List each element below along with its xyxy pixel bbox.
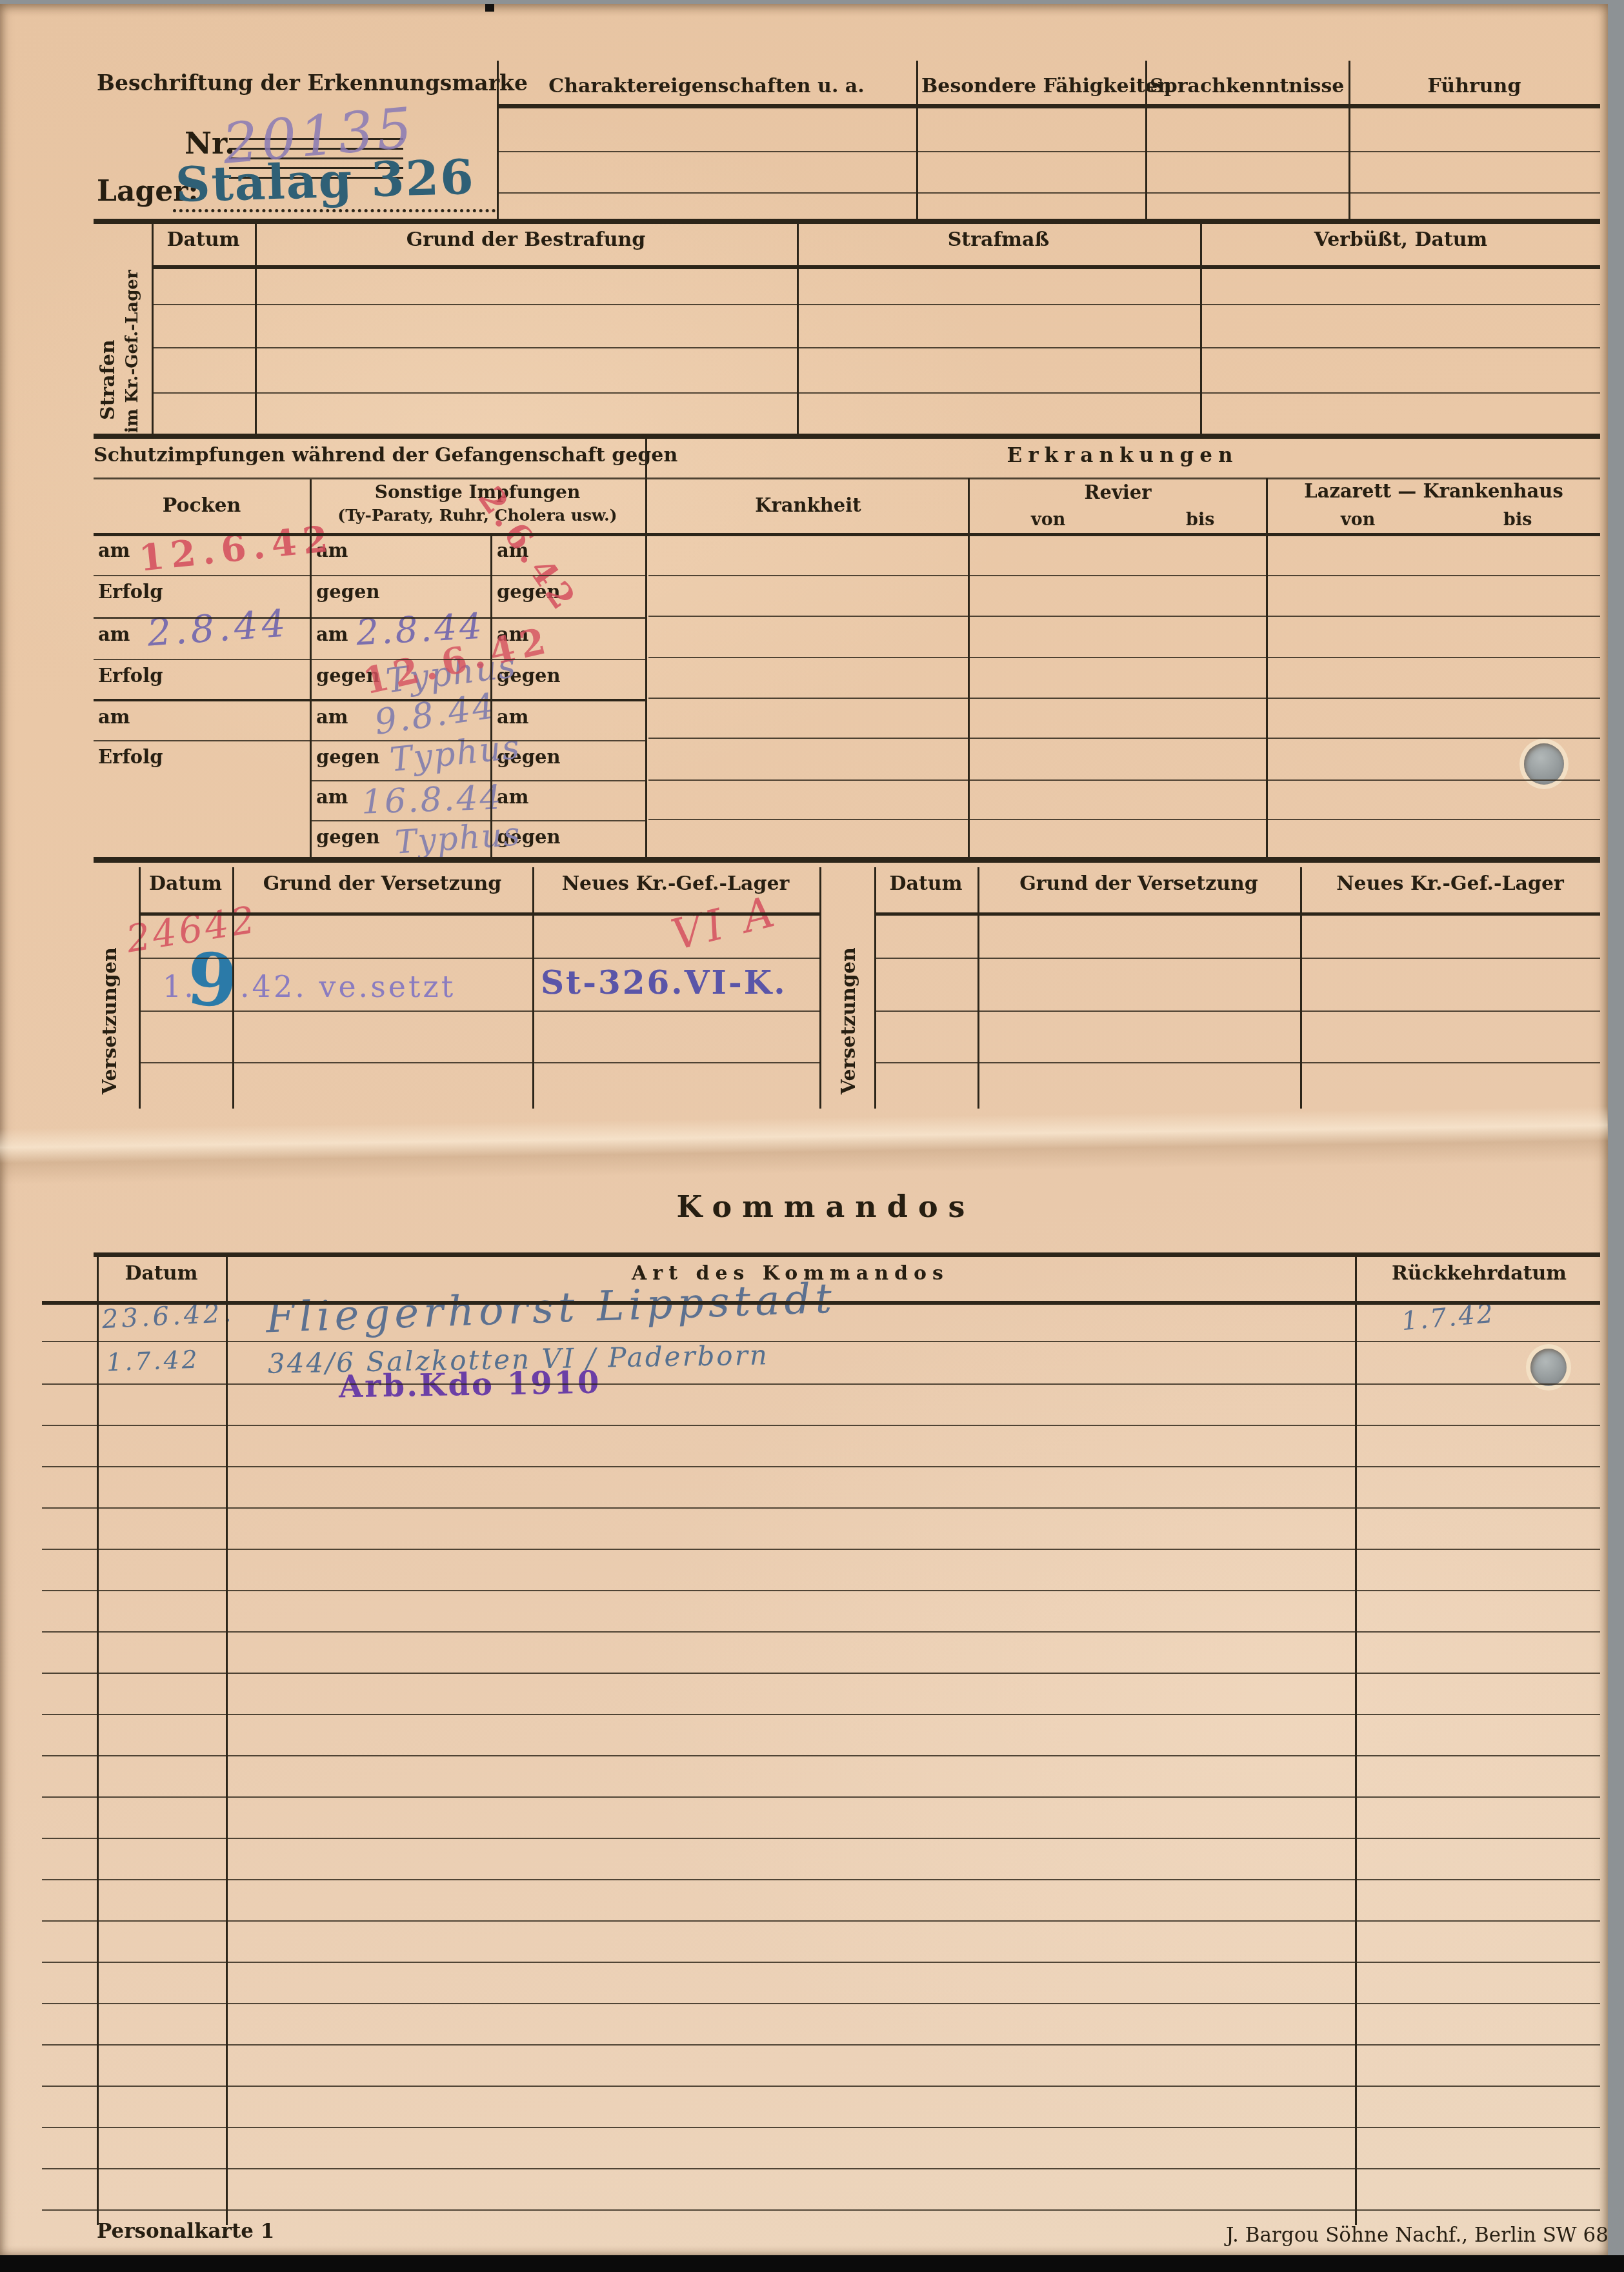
grid-vline (916, 61, 918, 219)
grid-hline (42, 1466, 1600, 1467)
grid-hline (139, 1062, 819, 1063)
column-fuehrung: Führung (1352, 76, 1597, 97)
grid-hline (152, 265, 1600, 269)
grid-vline (490, 534, 492, 857)
grid-vline (1145, 61, 1147, 219)
sonstige1-am2-label: am (316, 625, 348, 644)
fold-crease (0, 1107, 1608, 1185)
pocken-date-stamp: 12.6.42 (137, 520, 336, 576)
sonstige1-gegen4-label: gegen (316, 827, 380, 847)
grid-hline (42, 2168, 1600, 2169)
grid-hline (42, 2044, 1600, 2046)
pocken-erfolg3-label: Erfolg (98, 747, 163, 767)
grid-hline (648, 616, 1600, 617)
strafen-column-strafmass: Strafmaß (800, 230, 1197, 250)
grid-hline (648, 698, 1600, 699)
strafen-column-verbuesst: Verbüßt, Datum (1203, 230, 1598, 250)
grid-hline (42, 2127, 1600, 2128)
sonstige1-am4-value: 16.8.44 (361, 781, 503, 819)
grid-hline (42, 1631, 1600, 1633)
grid-hline (648, 575, 1600, 576)
grid-hline (94, 740, 645, 741)
versetzungen-right-section-label: Versetzungen (839, 920, 859, 1094)
grid-hline (42, 1301, 1600, 1305)
impfungen-title: Schutzimpfungen während der Gefangenscha… (94, 445, 645, 466)
grid-vline (968, 478, 970, 857)
lazarett-von-label: von (1341, 511, 1375, 529)
grid-vline (977, 867, 979, 1109)
grid-hline (42, 1673, 1600, 1674)
grid-hline (42, 2086, 1600, 2087)
erkennungsmarke-heading: Beschriftung der Erkennungsmarke (97, 72, 500, 95)
grid-hline (42, 1838, 1600, 1839)
grid-vline (1266, 478, 1268, 857)
grid-vline (1348, 61, 1350, 219)
erkrankungen-column-lazarett: Lazarett — Krankenhaus (1269, 481, 1598, 501)
grid-hline (42, 1755, 1600, 1756)
grid-vline (139, 867, 141, 1109)
sonstige1-am4-label: am (316, 787, 348, 807)
pocken-am1-label: am (98, 541, 130, 560)
pocken-am2-value: 2.8.44 (146, 604, 290, 651)
pocken-am3-label: am (98, 707, 130, 727)
grid-hline (94, 857, 1600, 863)
column-besondere-faehigkeiten: Besondere Fähigkeiten (921, 76, 1141, 97)
grid-hline (310, 780, 645, 781)
grid-vline (152, 224, 154, 434)
grid-hline (152, 304, 1600, 305)
grid-hline (874, 1010, 1600, 1012)
grid-vline (1355, 1252, 1357, 2225)
kommando-row1-rueckkehr: 1.7.42 (1401, 1301, 1496, 1335)
grid-vline (310, 479, 312, 857)
grid-hline (94, 617, 645, 619)
grid-hline (152, 392, 1600, 394)
grid-hline (94, 478, 1600, 479)
versetzungen-left-column-grund: Grund der Versetzung (236, 874, 529, 894)
grid-vline (532, 867, 534, 1109)
grid-vline (226, 1252, 228, 2225)
versetzungen-right-column-grund: Grund der Versetzung (981, 874, 1297, 894)
lager-stamp-value: Stalag 326 (175, 154, 475, 209)
kommandos-title: Kommandos (94, 1191, 1558, 1222)
grid-hline (648, 657, 1600, 658)
grid-hline (42, 1549, 1600, 1550)
grid-hline (42, 1714, 1600, 1715)
grid-hline (874, 1062, 1600, 1063)
grid-vline (797, 224, 799, 434)
arbeitskommando-stamp: Arb.Kdo 1910 (339, 1367, 601, 1402)
grid-hline (42, 1879, 1600, 1880)
versetzungen-right-column-neues: Neues Kr.-Gef.-Lager (1303, 874, 1597, 894)
erkrankungen-column-krankheit: Krankheit (648, 496, 968, 515)
footer-form-name: Personalkarte 1 (97, 2221, 274, 2242)
sonstige1-gegen1-label: gegen (316, 582, 380, 601)
grid-vline (874, 867, 876, 1109)
versetzung-row2-stamp-suffix: .42. ve.setzt (240, 972, 456, 1001)
grid-hline (874, 958, 1600, 959)
versetzung-row1-neues-red: VI A (667, 890, 781, 957)
lazarett-bis-label: bis (1503, 511, 1532, 529)
grid-vline (645, 439, 647, 857)
grid-hline (42, 1590, 1600, 1591)
grid-vline (497, 61, 499, 219)
kommando-row1-datum: 23.6.42. (101, 1300, 235, 1333)
punch-hole-upper (1524, 743, 1564, 785)
kommando-row2-datum: 1.7.42 (106, 1347, 200, 1374)
versetzungen-left-section-label: Versetzungen (100, 920, 121, 1094)
versetzungen-right-column-datum: Datum (877, 874, 974, 894)
impfungen-column-pocken: Pocken (94, 496, 310, 516)
grid-hline (874, 912, 1600, 916)
grid-hline (42, 1383, 1600, 1385)
erkrankungen-title: Erkrankungen (648, 445, 1597, 467)
strafen-section-label-line1: Strafen (98, 259, 119, 420)
strafen-column-datum: Datum (155, 230, 252, 250)
grid-hline (94, 575, 645, 576)
sonstige1-gegen3-label: gegen (316, 747, 380, 767)
versetzung-row2-big-digit: 9 (185, 943, 240, 1018)
grid-hline (94, 219, 1600, 224)
personalkarte-back: Beschriftung der Erkennungsmarke Nr. 201… (0, 4, 1608, 2257)
kommandos-column-datum: Datum (97, 1263, 226, 1284)
grid-hline (94, 434, 1600, 439)
column-charaktereigenschaften: Charaktereigenschaften u. a. (500, 76, 913, 97)
revier-bis-label: bis (1186, 511, 1214, 529)
revier-von-label: von (1031, 511, 1065, 529)
grid-vline (819, 867, 821, 1109)
strafen-section-label-line2: im Kr.-Gef.-Lager (124, 239, 141, 433)
grid-hline (94, 533, 1600, 536)
kommandos-column-rueckkehr: Rückkehrdatum (1358, 1263, 1600, 1284)
pocken-am2-label: am (98, 625, 130, 644)
punch-hole-lower (1530, 1349, 1567, 1386)
kommando-row1-art: Fliegerhorst Lippstadt (265, 1278, 837, 1340)
grid-hline (152, 347, 1600, 348)
sonstige1-gegen4-value: Typhus (394, 818, 522, 859)
grid-hline (42, 1920, 1600, 1922)
versetzungen-left-column-datum: Datum (139, 874, 232, 894)
sonstige2-am3-label: am (497, 707, 528, 727)
grid-hline (94, 1252, 1600, 1257)
grid-vline (1300, 867, 1302, 1109)
grid-hline (310, 820, 645, 821)
erkrankungen-column-revier: Revier (971, 483, 1265, 502)
grid-hline (42, 2003, 1600, 2004)
versetzung-row2-neues-stamp: St-326.VI-K. (541, 967, 787, 999)
grid-hline (497, 192, 1600, 194)
grid-hline (42, 1796, 1600, 1798)
scan-edge-mark (485, 4, 494, 12)
versetzungen-left-column-neues: Neues Kr.-Gef.-Lager (534, 874, 817, 894)
column-sprachkenntnisse: Sprachkenntnisse (1150, 76, 1343, 97)
grid-vline (232, 867, 234, 1109)
grid-hline (94, 659, 645, 660)
strafen-column-grund: Grund der Bestrafung (258, 230, 794, 250)
grid-hline (42, 2209, 1600, 2211)
grid-hline (648, 738, 1600, 739)
grid-hline (42, 1507, 1600, 1509)
grid-hline (94, 699, 645, 701)
grid-hline (497, 151, 1600, 152)
grid-hline (139, 912, 819, 916)
grid-hline (42, 1425, 1600, 1426)
grid-vline (1200, 224, 1202, 434)
sonstige1-am3-label: am (316, 707, 348, 727)
grid-hline (648, 779, 1600, 781)
pocken-erfolg1-label: Erfolg (98, 582, 163, 601)
grid-hline (497, 104, 1600, 108)
grid-hline (42, 1341, 1600, 1342)
grid-hline (139, 958, 819, 959)
footer-printer-imprint: J. Bargou Söhne Nachf., Berlin SW 68 (1226, 2225, 1609, 2246)
grid-vline (97, 1252, 99, 2225)
grid-vline (255, 224, 257, 434)
pocken-erfolg2-label: Erfolg (98, 666, 163, 685)
grid-hline (139, 1010, 819, 1012)
scan-bottom-edge (0, 2255, 1624, 2272)
grid-hline (648, 819, 1600, 820)
grid-hline (42, 1962, 1600, 1963)
